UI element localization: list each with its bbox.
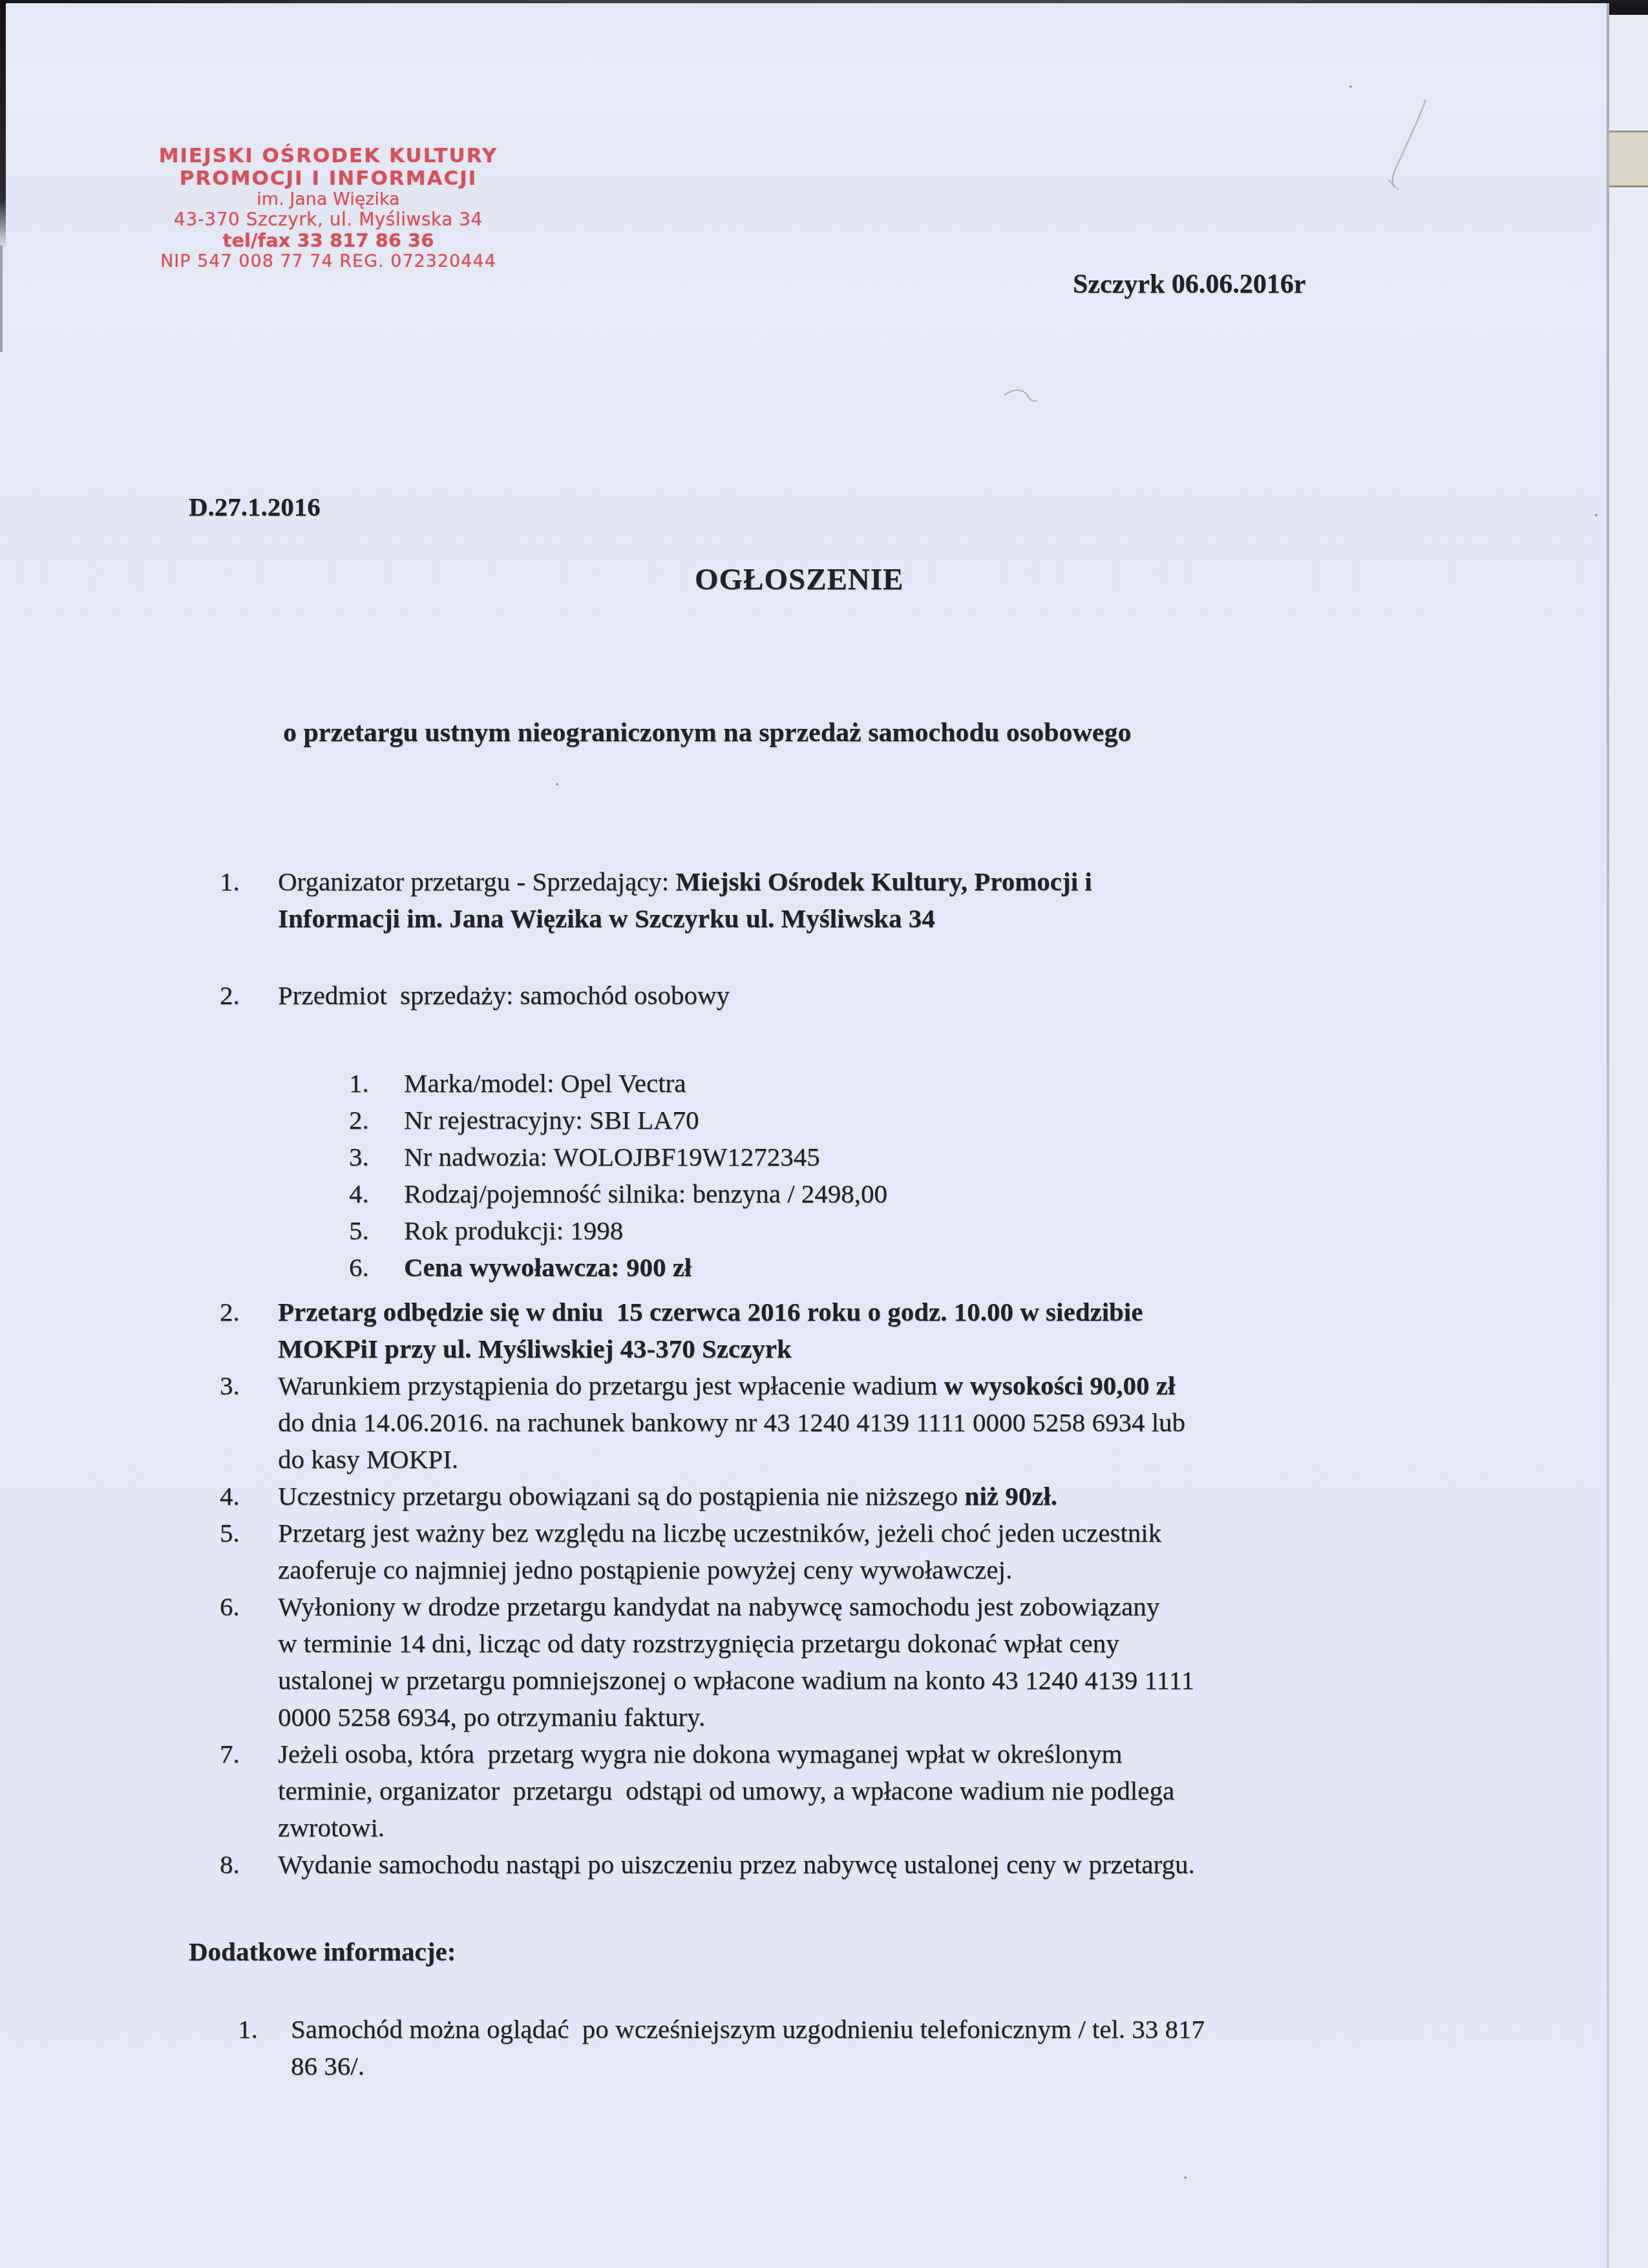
list-item-text: Rok produkcji: 1998 — [404, 1215, 623, 1245]
vehicle-item-starting-price: 6. Cena wywoławcza: 900 zł — [349, 1249, 1373, 1286]
vehicle-item-make-model: 1. Marka/model: Opel Vectra — [349, 1065, 1373, 1102]
stamp-nip-regon-line: NIP 547 008 77 74 REG. 072320444 — [154, 251, 503, 272]
list-item-number: 3. — [349, 1139, 404, 1175]
term-item-deposit: 3. Warunkiem przystąpienia do przetargu … — [220, 1367, 1461, 1478]
stamp-address-line: 43-370 Szczyrk, ul. Myśliwska 34 — [154, 209, 503, 230]
term-item-withdrawal: 7. Jeżeli osoba, która przetarg wygra ni… — [220, 1736, 1461, 1846]
terms-list: 2. Przetarg odbędzie się w dniu 15 czerw… — [220, 1294, 1461, 1883]
paper-speck — [1595, 514, 1598, 516]
place-and-date: Szczyrk 06.06.2016r — [1073, 269, 1305, 300]
page-edge-seam — [1607, 0, 1609, 2268]
list-item-text: Uczestnicy przetargu obowiązani są do po… — [278, 1481, 965, 1511]
pen-squiggle-artifact — [1375, 96, 1440, 205]
list-item-text: Marka/model: Opel Vectra — [404, 1068, 686, 1098]
vehicle-item-engine: 4. Rodzaj/pojemność silnika: benzyna / 2… — [349, 1175, 1373, 1212]
list-item-subject: 2. Przedmiot sprzedaży: samochód osobowy — [220, 977, 1461, 1014]
list-item-number: 8. — [220, 1846, 278, 1883]
list-item-number: 5. — [349, 1212, 404, 1249]
paper-speck — [1184, 2176, 1187, 2179]
list-item-text: Wydanie samochodu nastąpi po uiszczeniu … — [278, 1849, 1195, 1879]
scan-edge-top-right — [1609, 3, 1648, 15]
list-item-text: Organizator przetargu - Sprzedający: — [278, 866, 675, 896]
letterhead-stamp: MIEJSKI OŚRODEK KULTURY PROMOCJI I INFOR… — [154, 145, 503, 272]
term-item-payment: 6. Wyłoniony w drodze przetargu kandydat… — [220, 1588, 1461, 1736]
list-item-text: Przetarg jest ważny bez względu na liczb… — [278, 1518, 1161, 1584]
list-item-number: 4. — [220, 1478, 278, 1515]
vehicle-item-registration: 2. Nr rejestracyjny: SBI LA70 — [349, 1102, 1373, 1139]
list-item-number: 7. — [220, 1736, 278, 1772]
list-item-number: 6. — [220, 1588, 278, 1625]
stamp-org-line-2: PROMOCJI I INFORMACJI — [154, 167, 503, 189]
list-item-number: 1. — [220, 863, 278, 900]
list-item-number: 2. — [349, 1102, 404, 1139]
scanned-document-page: MIEJSKI OŚRODEK KULTURY PROMOCJI I INFOR… — [0, 0, 1648, 2268]
hair-artifact — [1000, 383, 1042, 421]
scanner-background-strip — [1609, 0, 1648, 2268]
document-subtitle: o przetargu ustnym nieograniczonym na sp… — [283, 717, 1131, 748]
additional-info-heading: Dodatkowe informacje: — [189, 1936, 456, 1967]
list-item-number: 6. — [349, 1249, 404, 1286]
list-item-text: Samochód można oglądać po wcześniejszym … — [291, 2014, 1205, 2081]
list-item-text: Rodzaj/pojemność silnika: benzyna / 2498… — [404, 1179, 887, 1208]
paper-speck — [556, 783, 558, 786]
list-item-number: 4. — [349, 1175, 404, 1212]
list-item-number: 5. — [220, 1515, 278, 1551]
stamp-org-line-1: MIEJSKI OŚRODEK KULTURY — [154, 145, 503, 167]
scan-edge-top — [0, 0, 1648, 3]
vehicle-item-vin: 3. Nr nadwozia: WOLOJBF19W1272345 — [349, 1139, 1373, 1175]
scan-edge-left-shadow — [0, 246, 3, 352]
term-item-validity: 5. Przetarg jest ważny bez względu na li… — [220, 1515, 1461, 1588]
list-item-number: 3. — [220, 1367, 278, 1404]
list-item-text-bold: Cena wywoławcza: 900 zł — [404, 1252, 692, 1282]
list-item-text: Warunkiem przystąpienia do przetargu jes… — [278, 1370, 944, 1400]
additional-info-list: 1. Samochód można oglądać po wcześniejsz… — [238, 2011, 1454, 2084]
list-item-text: do dnia 14.06.2016. na rachunek bankowy … — [278, 1407, 1185, 1474]
case-number: D.27.1.2016 — [189, 491, 321, 522]
list-item-number: 2. — [220, 1294, 278, 1330]
scanner-notch — [1609, 131, 1648, 187]
list-item-organizer: 1. Organizator przetargu - Sprzedający: … — [220, 863, 1461, 937]
term-item-auction-date: 2. Przetarg odbędzie się w dniu 15 czerw… — [220, 1294, 1461, 1367]
list-item-text: Nr rejestracyjny: SBI LA70 — [404, 1105, 699, 1135]
list-item-text: Wyłoniony w drodze przetargu kandydat na… — [278, 1591, 1194, 1732]
list-item-number: 2. — [220, 977, 278, 1014]
list-item-text-bold: w wysokości 90,00 zł — [944, 1370, 1176, 1400]
list-item-text: Jeżeli osoba, która przetarg wygra nie d… — [278, 1739, 1174, 1842]
scan-edge-left — [0, 0, 6, 249]
vehicle-item-year: 5. Rok produkcji: 1998 — [349, 1212, 1373, 1249]
additional-item-viewing: 1. Samochód można oglądać po wcześniejsz… — [238, 2011, 1454, 2084]
main-list: 1. Organizator przetargu - Sprzedający: … — [220, 863, 1461, 1014]
stamp-patron-line: im. Jana Więzika — [154, 189, 503, 209]
list-item-text: Przedmiot sprzedaży: samochód osobowy — [278, 980, 730, 1010]
list-item-text-bold: Przetarg odbędzie się w dniu 15 czerwca … — [278, 1297, 1143, 1363]
list-item-text-bold: niż 90zł. — [965, 1481, 1057, 1511]
term-item-handover: 8. Wydanie samochodu nastąpi po uiszczen… — [220, 1846, 1461, 1883]
paper-speck — [1349, 85, 1352, 88]
term-item-minimum-bid: 4. Uczestnicy przetargu obowiązani są do… — [220, 1478, 1461, 1515]
vehicle-details-list: 1. Marka/model: Opel Vectra 2. Nr rejest… — [349, 1065, 1373, 1286]
document-title: OGŁOSZENIE — [695, 562, 903, 597]
stamp-phone-line: tel/fax 33 817 86 36 — [154, 230, 503, 251]
list-item-number: 1. — [238, 2011, 291, 2048]
list-item-text: Nr nadwozia: WOLOJBF19W1272345 — [404, 1142, 820, 1171]
list-item-number: 1. — [349, 1065, 404, 1102]
